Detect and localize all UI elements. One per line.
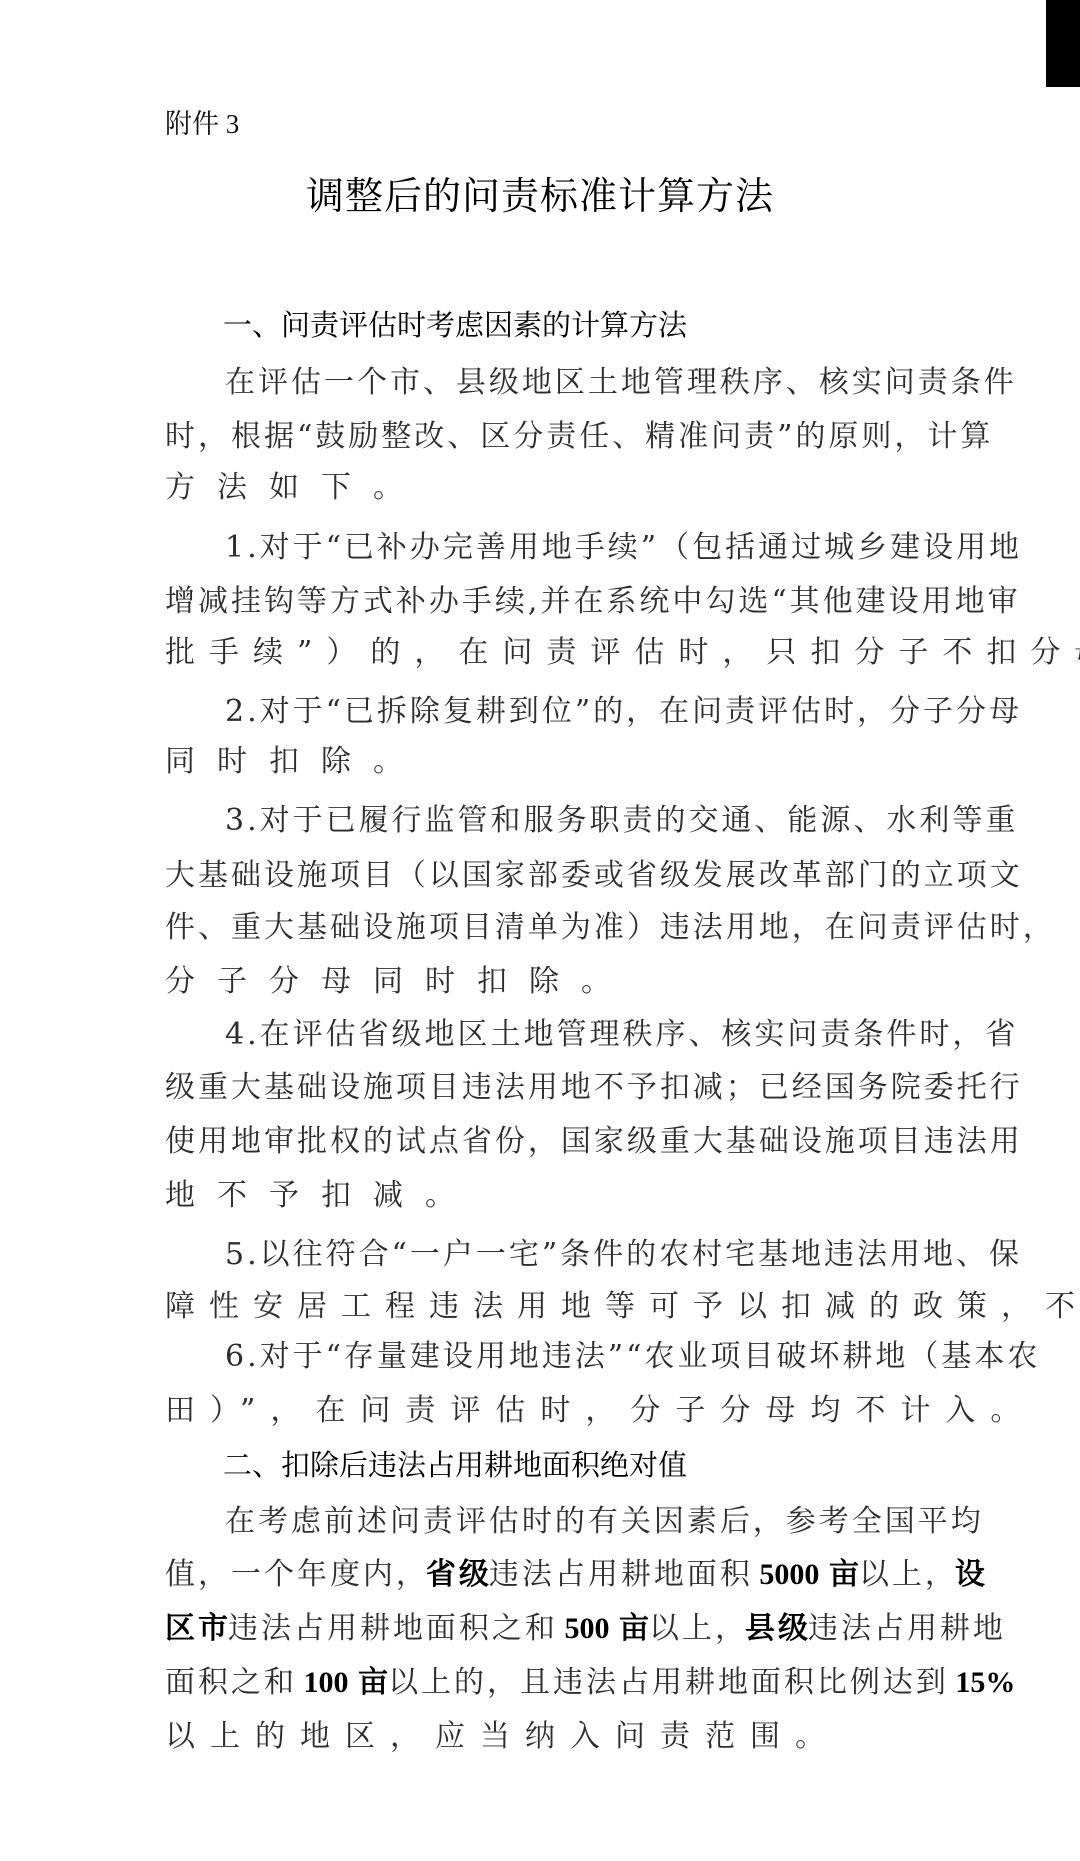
text-span: 面 积 之 和 <box>165 1665 294 1700</box>
paragraph-line: 在 评 估 一 个 市 、 县 级 地 区 土 地 管 理 秩 序 、 核 实 … <box>225 363 915 403</box>
bold-unit: 亩 <box>619 1611 649 1646</box>
item5-line: 障性安居工程违法用地等可予以扣减的政策，不再执行。 <box>165 1287 915 1327</box>
bold-unit: 亩 <box>829 1557 859 1592</box>
section2-line: 在 考 虑 前 述 问 责 评 估 时 的 有 关 因 素 后 ， 参 考 全 … <box>225 1502 915 1542</box>
section2-line: 值 ， 一 个 年 度 内 ，省 级违 法 占 用 耕 地 面 积 5000 亩… <box>165 1555 915 1595</box>
item3-line: 件 、 重 大 基 础 设 施 项 目 清 单 为 准 ） 违 法 用 地 ， … <box>165 908 915 948</box>
item4-line: 级 重 大 基 础 设 施 项 目 违 法 用 地 不 予 扣 减 ； 已 经 … <box>165 1068 915 1108</box>
text-span: 以 上 的 ， 且 违 法 占 用 耕 地 面 积 比 例 达 到 <box>388 1665 946 1700</box>
bold-number: 500 <box>564 1612 609 1645</box>
item4-line: 地不予扣减。 <box>165 1176 915 1216</box>
item1-line: 增 减 挂 钩 等 方 式 补 办 手 续 , 并 在 系 统 中 勾 选 “ … <box>165 582 915 622</box>
bold-number: 15% <box>955 1666 1015 1699</box>
attachment-label: 附件 3 <box>165 108 239 140</box>
paragraph-line: 方法如下。 <box>165 468 915 508</box>
item4-line: 使 用 地 审 批 权 的 试 点 省 份 ， 国 家 级 重 大 基 础 设 … <box>165 1122 915 1162</box>
page-corner-marker <box>1046 0 1080 87</box>
document-title: 调整后的问责标准计算方法 <box>0 174 1080 218</box>
section2-line: 面 积 之 和 100 亩以 上 的 ， 且 违 法 占 用 耕 地 面 积 比… <box>165 1663 915 1703</box>
item5-line: 5 . 以 往 符 合 “ 一 户 一 宅 ” 条 件 的 农 村 宅 基 地 … <box>225 1235 915 1275</box>
text-span: 违 法 占 用 耕 地 面 积 <box>489 1557 750 1592</box>
paragraph-line: 时 ， 根 据 “ 鼓 励 整 改 、 区 分 责 任 、 精 准 问 责 ” … <box>165 417 915 457</box>
item2-line: 2 . 对 于 “ 已 拆 除 复 耕 到 位 ” 的 ， 在 问 责 评 估 … <box>225 692 915 732</box>
bold-number: 5000 <box>759 1558 819 1591</box>
bold-unit: 亩 <box>358 1665 388 1700</box>
section2-heading: 二、扣除后违法占用耕地面积绝对值 <box>223 1445 687 1485</box>
section2-line: 以上的地区，应当纳入问责范围。 <box>165 1717 915 1757</box>
section2-line: 区 市违 法 占 用 耕 地 面 积 之 和 500 亩以 上 ，县 级违 法 … <box>165 1609 915 1649</box>
text-span: 以 上 ， <box>649 1611 745 1646</box>
section1-heading: 一、问责评估时考虑因素的计算方法 <box>223 305 687 345</box>
item3-line: 分子分母同时扣除。 <box>165 962 915 1002</box>
item6-line: 6 . 对 于 “ 存 量 建 设 用 地 违 法 ” “ 农 业 项 目 破 … <box>225 1337 915 1377</box>
item3-line: 大 基 础 设 施 项 目 （ 以 国 家 部 委 或 省 级 发 展 改 革 … <box>165 856 915 896</box>
item4-line: 4 . 在 评 估 省 级 地 区 土 地 管 理 秩 序 、 核 实 问 责 … <box>225 1015 915 1055</box>
bold-text: 省 级 <box>426 1557 489 1592</box>
bold-text: 设 <box>955 1557 985 1592</box>
bold-text: 县 级 <box>745 1611 808 1646</box>
item6-line: 田）”，在问责评估时，分子分母均不计入。 <box>165 1391 915 1431</box>
item3-line: 3 . 对 于 已 履 行 监 管 和 服 务 职 责 的 交 通 、 能 源 … <box>225 801 915 841</box>
text-span: 违 法 占 用 耕 地 <box>808 1611 1003 1646</box>
text-span: 以 上 ， <box>859 1557 955 1592</box>
bold-text: 区 市 <box>165 1611 228 1646</box>
item1-line: 1 . 对 于 “ 已 补 办 完 善 用 地 手 续 ” （ 包 括 通 过 … <box>225 528 915 568</box>
item1-line: 批手续”）的，在问责评估时，只扣分子不扣分母。 <box>165 633 915 673</box>
item2-line: 同时扣除。 <box>165 742 915 782</box>
text-span: 违 法 占 用 耕 地 面 积 之 和 <box>228 1611 555 1646</box>
bold-number: 100 <box>304 1666 349 1699</box>
text-span: 值 ， 一 个 年 度 内 ， <box>165 1557 426 1592</box>
